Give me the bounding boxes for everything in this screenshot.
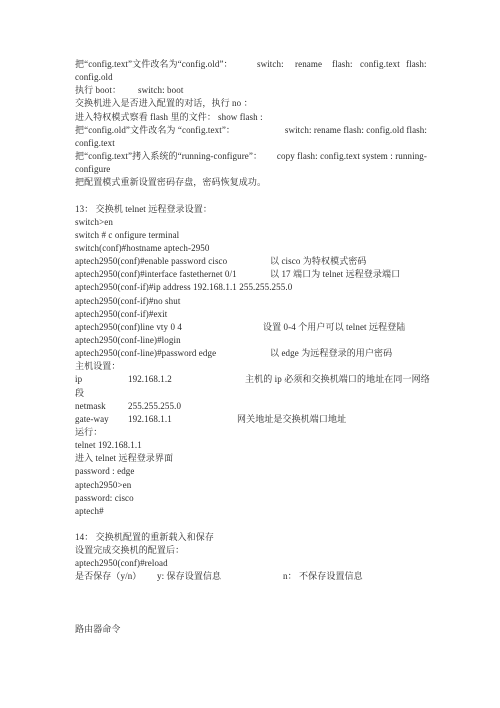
text-segment: config.old [75, 71, 113, 84]
text-segment: flash: [332, 58, 353, 71]
text-line: 运行： [0, 426, 500, 439]
text-line: 进入特权模式察看 flash 里的文件：show flash : [0, 111, 500, 124]
text-segment: aptech2950(conf-if)#ip address 192.168.1… [75, 281, 292, 294]
text-line: 把配置模式重新设置密码存盘，密码恢复成功。 [0, 176, 500, 189]
text-segment: 把配置模式重新设置密码存盘，密码恢复成功。 [75, 176, 266, 189]
text-segment: 主机设置： [75, 360, 121, 373]
text-segment: switch # c onfigure terminal [75, 229, 179, 242]
text-segment: aptech2950(conf-if)#exit [75, 308, 167, 321]
text-segment: telnet 192.168.1.1 [75, 439, 142, 452]
text-segment: configure [75, 163, 110, 176]
text-segment: aptech# [75, 505, 104, 518]
text-segment: aptech2950(conf)line vty 0 4 [75, 321, 182, 334]
text-segment: 交换机进入是否进入配置的对话，执行 no ： [75, 97, 253, 110]
text-segment: switch: boot [138, 84, 183, 97]
text-line [0, 584, 500, 597]
document-page: 把“config.text”文件改名为“config.old”：switch:r… [0, 0, 500, 708]
screenshot-canvas: 把“config.text”文件改名为“config.old”：switch:r… [0, 0, 500, 708]
text-line: config.text [0, 137, 500, 150]
text-segment: 设置完成交换机的配置后： [75, 544, 184, 557]
text-segment: config.text [360, 58, 400, 71]
text-segment: switch(conf)#hostname aptech-2950 [75, 242, 210, 255]
text-segment: n： 不保存设置信息 [283, 570, 363, 583]
text-segment: 14： 交换机配置的重新载入和保存 [75, 531, 214, 544]
text-line: telnet 192.168.1.1 [0, 439, 500, 452]
text-line: password : edge [0, 465, 500, 478]
text-segment: 192.168.1.1 [128, 413, 172, 426]
text-segment: 网关地址是交换机端口地址 [237, 413, 346, 426]
text-segment: 255.255.255.0 [128, 400, 181, 413]
text-line: aptech2950(conf)line vty 0 4设置 0-4 个用户可以… [0, 321, 500, 334]
text-segment: 段 [75, 387, 84, 400]
text-segment: 执行 boot： [75, 84, 121, 97]
text-line: aptech# [0, 505, 500, 518]
text-segment: aptech2950(conf-line)#password edge [75, 347, 216, 360]
text-segment: switch: rename flash: config.old flash: [285, 124, 427, 137]
text-line: switch>en [0, 216, 500, 229]
text-segment: 以 17 端口为 telnet 远程登录端口 [270, 268, 400, 281]
text-line: 路由器命令 [0, 623, 500, 636]
text-segment: config.text [75, 137, 115, 150]
text-segment: aptech2950(conf-line)#login [75, 334, 181, 347]
text-segment: 是否保存（y/n） [75, 570, 141, 583]
text-line: 段 [0, 387, 500, 400]
text-segment: password : edge [75, 465, 135, 478]
text-segment: aptech2950(conf-if)#no shut [75, 295, 180, 308]
text-segment: aptech2950(conf)#interface fastethernet … [75, 268, 237, 281]
text-line [0, 518, 500, 531]
text-segment: 运行： [75, 426, 102, 439]
text-line [0, 189, 500, 202]
text-segment: password: cisco [75, 492, 134, 505]
text-line: aptech2950(conf-if)#ip address 192.168.1… [0, 281, 500, 294]
text-line: aptech2950(conf-line)#password edge以 edg… [0, 347, 500, 360]
text-line: 把“config.text”拷入系统的“running-configure”：c… [0, 150, 500, 163]
text-segment: aptech2950>en [75, 479, 131, 492]
text-segment: switch: [257, 58, 284, 71]
text-line: switch # c onfigure terminal [0, 229, 500, 242]
text-segment: 设置 0-4 个用户可以 telnet 远程登陆 [263, 321, 405, 334]
text-line: 14： 交换机配置的重新载入和保存 [0, 531, 500, 544]
text-line: 执行 boot：switch: boot [0, 84, 500, 97]
text-segment: 进入特权模式察看 flash 里的文件： [75, 111, 216, 124]
text-line: 交换机进入是否进入配置的对话，执行 no ： [0, 97, 500, 110]
text-segment: gate-way [75, 413, 109, 426]
text-segment: show flash : [218, 111, 263, 124]
text-line: aptech2950(conf)#reload [0, 557, 500, 570]
text-line: netmask255.255.255.0 [0, 400, 500, 413]
text-segment: rename [295, 58, 322, 71]
text-segment: 以 edge 为远程登录的用户密码 [270, 347, 392, 360]
text-line: gate-way192.168.1.1网关地址是交换机端口地址 [0, 413, 500, 426]
text-line: config.old [0, 71, 500, 84]
text-segment: 把“config.old”文件改名为 “config.text”： [75, 124, 235, 137]
text-line: aptech2950>en [0, 479, 500, 492]
text-segment: 主机的 ip 必须和交换机端口的地址在同一网络 [245, 373, 430, 386]
text-segment: 192.168.1.2 [128, 373, 172, 386]
text-line: 把“config.old”文件改名为 “config.text”：switch:… [0, 124, 500, 137]
text-segment: 路由器命令 [75, 623, 121, 636]
text-line: password: cisco [0, 492, 500, 505]
text-line: 主机设置： [0, 360, 500, 373]
text-segment: switch>en [75, 216, 113, 229]
text-segment: aptech2950(conf)#enable password cisco [75, 255, 227, 268]
text-line: 13： 交换机 telnet 远程登录设置： [0, 203, 500, 216]
text-segment: flash: [406, 58, 427, 71]
text-segment: 13： 交换机 telnet 远程登录设置： [75, 203, 212, 216]
text-line: aptech2950(conf)#enable password cisco以 … [0, 255, 500, 268]
text-line: switch(conf)#hostname aptech-2950 [0, 242, 500, 255]
text-line: configure [0, 163, 500, 176]
text-line: ip192.168.1.2主机的 ip 必须和交换机端口的地址在同一网络 [0, 373, 500, 386]
text-segment: netmask [75, 400, 106, 413]
text-line: aptech2950(conf-if)#exit [0, 308, 500, 321]
document-text-lines: 把“config.text”文件改名为“config.old”：switch:r… [0, 58, 500, 636]
text-segment: 进入 telnet 远程登录界面 [75, 452, 173, 465]
text-segment: 把“config.text”拷入系统的“running-configure”： [75, 150, 262, 163]
text-line: aptech2950(conf-line)#login [0, 334, 500, 347]
text-line: 设置完成交换机的配置后： [0, 544, 500, 557]
text-segment: y: 保存设置信息 [157, 570, 221, 583]
text-line [0, 610, 500, 623]
text-segment: copy flash: config.text system : running… [277, 150, 427, 163]
text-line: 进入 telnet 远程登录界面 [0, 452, 500, 465]
text-segment: ip [75, 373, 82, 386]
text-line: aptech2950(conf-if)#no shut [0, 295, 500, 308]
text-segment: 以 cisco 为特权模式密码 [270, 255, 367, 268]
text-line [0, 597, 500, 610]
text-line: aptech2950(conf)#interface fastethernet … [0, 268, 500, 281]
text-segment: 把“config.text”文件改名为“config.old”： [75, 58, 233, 71]
text-line: 把“config.text”文件改名为“config.old”：switch:r… [0, 58, 500, 71]
text-line: 是否保存（y/n）y: 保存设置信息n： 不保存设置信息 [0, 570, 500, 583]
text-segment: aptech2950(conf)#reload [75, 557, 168, 570]
